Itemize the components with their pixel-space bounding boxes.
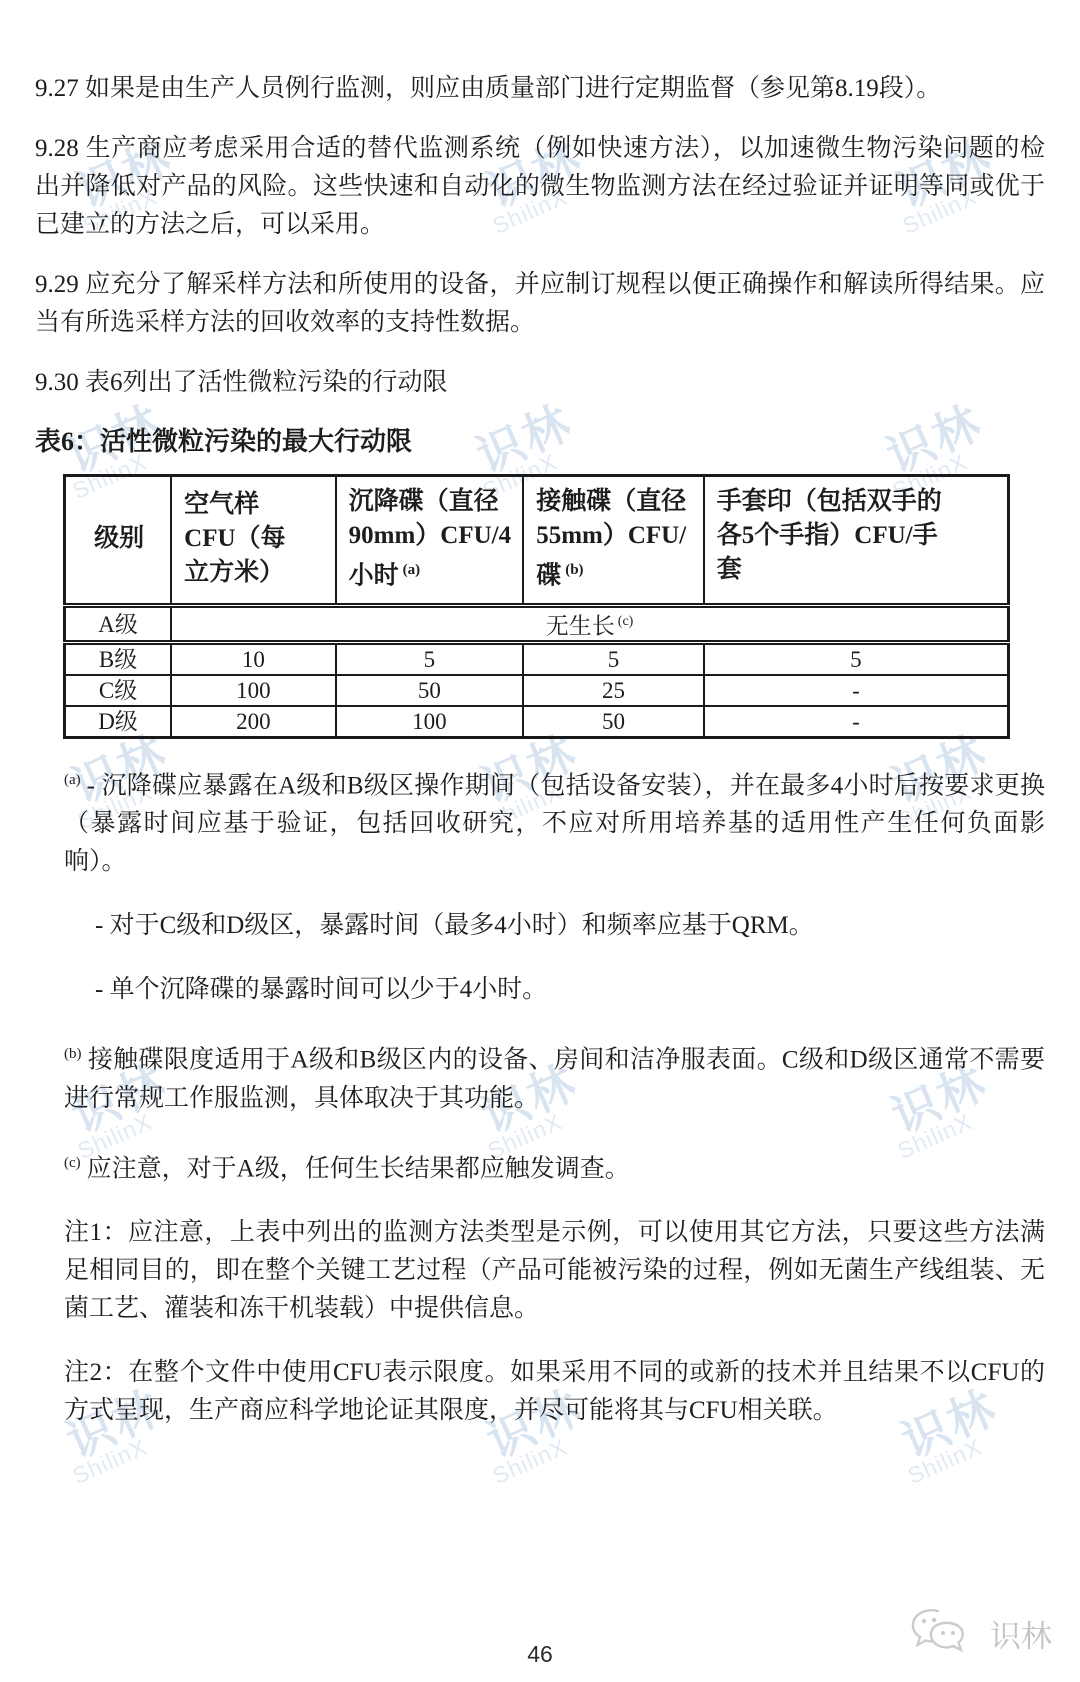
footnote-a-sub2: - 单个沉降碟的暴露时间可以少于4小时。	[35, 971, 1045, 1009]
no-growth-cell: 无生长(c)	[171, 606, 1008, 643]
value-cell: -	[704, 675, 1009, 706]
value-cell: 5	[523, 642, 704, 675]
footnote-ref-a: (a)	[403, 562, 421, 578]
note-2: 注2：在整个文件中使用CFU表示限度。如果采用不同的或新的技术并且结果不以CFU…	[35, 1354, 1045, 1430]
grade-cell: B级	[65, 642, 172, 675]
footnote-b-marker: (b)	[64, 1046, 82, 1062]
table-row-grade-c: C级 100 50 25 -	[65, 675, 1009, 706]
table-row-grade-d: D级 200 100 50 -	[65, 706, 1009, 738]
table-header-row: 级别 空气样 CFU（每 立方米） 沉降碟（直径 90mm）CFU/4 小时(a…	[65, 476, 1009, 606]
value-cell: 5	[336, 642, 524, 675]
paragraph-9-27: 9.27 如果是由生产人员例行监测，则应由质量部门进行定期监督（参见第8.19段…	[35, 70, 1045, 108]
footnote-c-marker: (c)	[64, 1155, 81, 1171]
value-cell: 200	[171, 706, 335, 738]
footnote-a: (a)- 沉降碟应暴露在A级和B级区操作期间（包括设备安装），并在最多4小时后按…	[35, 761, 1045, 881]
note-1: 注1：应注意，上表中列出的监测方法类型是示例，可以使用其它方法，只要这些方法满足…	[35, 1214, 1045, 1328]
grade-cell: C级	[65, 675, 172, 706]
wechat-chat-bubbles-icon	[908, 1606, 982, 1660]
paragraph-9-29: 9.29 应充分了解采样方法和所使用的设备，并应制订规程以便正确操作和解读所得结…	[35, 266, 1045, 342]
table-row-grade-a: A级 无生长(c)	[65, 606, 1009, 643]
value-cell: -	[704, 706, 1009, 738]
footnote-c: (c)应注意，对于A级，任何生长结果都应触发调查。	[35, 1144, 1045, 1188]
paragraph-9-30: 9.30 表6列出了活性微粒污染的行动限	[35, 364, 1045, 402]
value-cell: 25	[523, 675, 704, 706]
value-cell: 10	[171, 642, 335, 675]
footnote-a-sub1: - 对于C级和D级区，暴露时间（最多4小时）和频率应基于QRM。	[35, 907, 1045, 945]
value-cell: 100	[336, 706, 524, 738]
document-content: 9.27 如果是由生产人员例行监测，则应由质量部门进行定期监督（参见第8.19段…	[0, 0, 1080, 1430]
footnote-ref-c: (c)	[618, 614, 634, 629]
header-glove-print: 手套印（包括双手的 各5个手指）CFU/手 套	[704, 476, 1009, 606]
header-settle-plate: 沉降碟（直径 90mm）CFU/4 小时(a)	[336, 476, 524, 606]
value-cell: 50	[523, 706, 704, 738]
brand-text: 识林	[990, 1611, 1052, 1656]
header-grade: 级别	[65, 476, 172, 606]
grade-cell: A级	[65, 606, 172, 643]
footnote-b: (b)接触碟限度适用于A级和B级区内的设备、房间和洁净服表面。C级和D级区通常不…	[35, 1035, 1045, 1117]
footnote-a-marker: (a)	[64, 772, 81, 788]
header-air-sample: 空气样 CFU（每 立方米）	[171, 476, 335, 606]
header-contact-plate: 接触碟（直径 55mm）CFU/ 碟(b)	[523, 476, 704, 606]
value-cell: 50	[336, 675, 524, 706]
value-cell: 100	[171, 675, 335, 706]
shilin-brand: 识林	[908, 1606, 1052, 1660]
grade-cell: D级	[65, 706, 172, 738]
value-cell: 5	[704, 642, 1009, 675]
table-row-grade-b: B级 10 5 5 5	[65, 642, 1009, 675]
table6-action-limits: 级别 空气样 CFU（每 立方米） 沉降碟（直径 90mm）CFU/4 小时(a…	[63, 474, 1010, 739]
footnote-ref-b: (b)	[565, 562, 583, 578]
table6-title: 表6：活性微粒污染的最大行动限	[35, 424, 1045, 460]
document-page: 识林ShilinX 识林ShilinX 识林ShilinX 识林ShilinX …	[0, 0, 1080, 1682]
paragraph-9-28: 9.28 生产商应考虑采用合适的替代监测系统（例如快速方法），以加速微生物污染问…	[35, 130, 1045, 244]
